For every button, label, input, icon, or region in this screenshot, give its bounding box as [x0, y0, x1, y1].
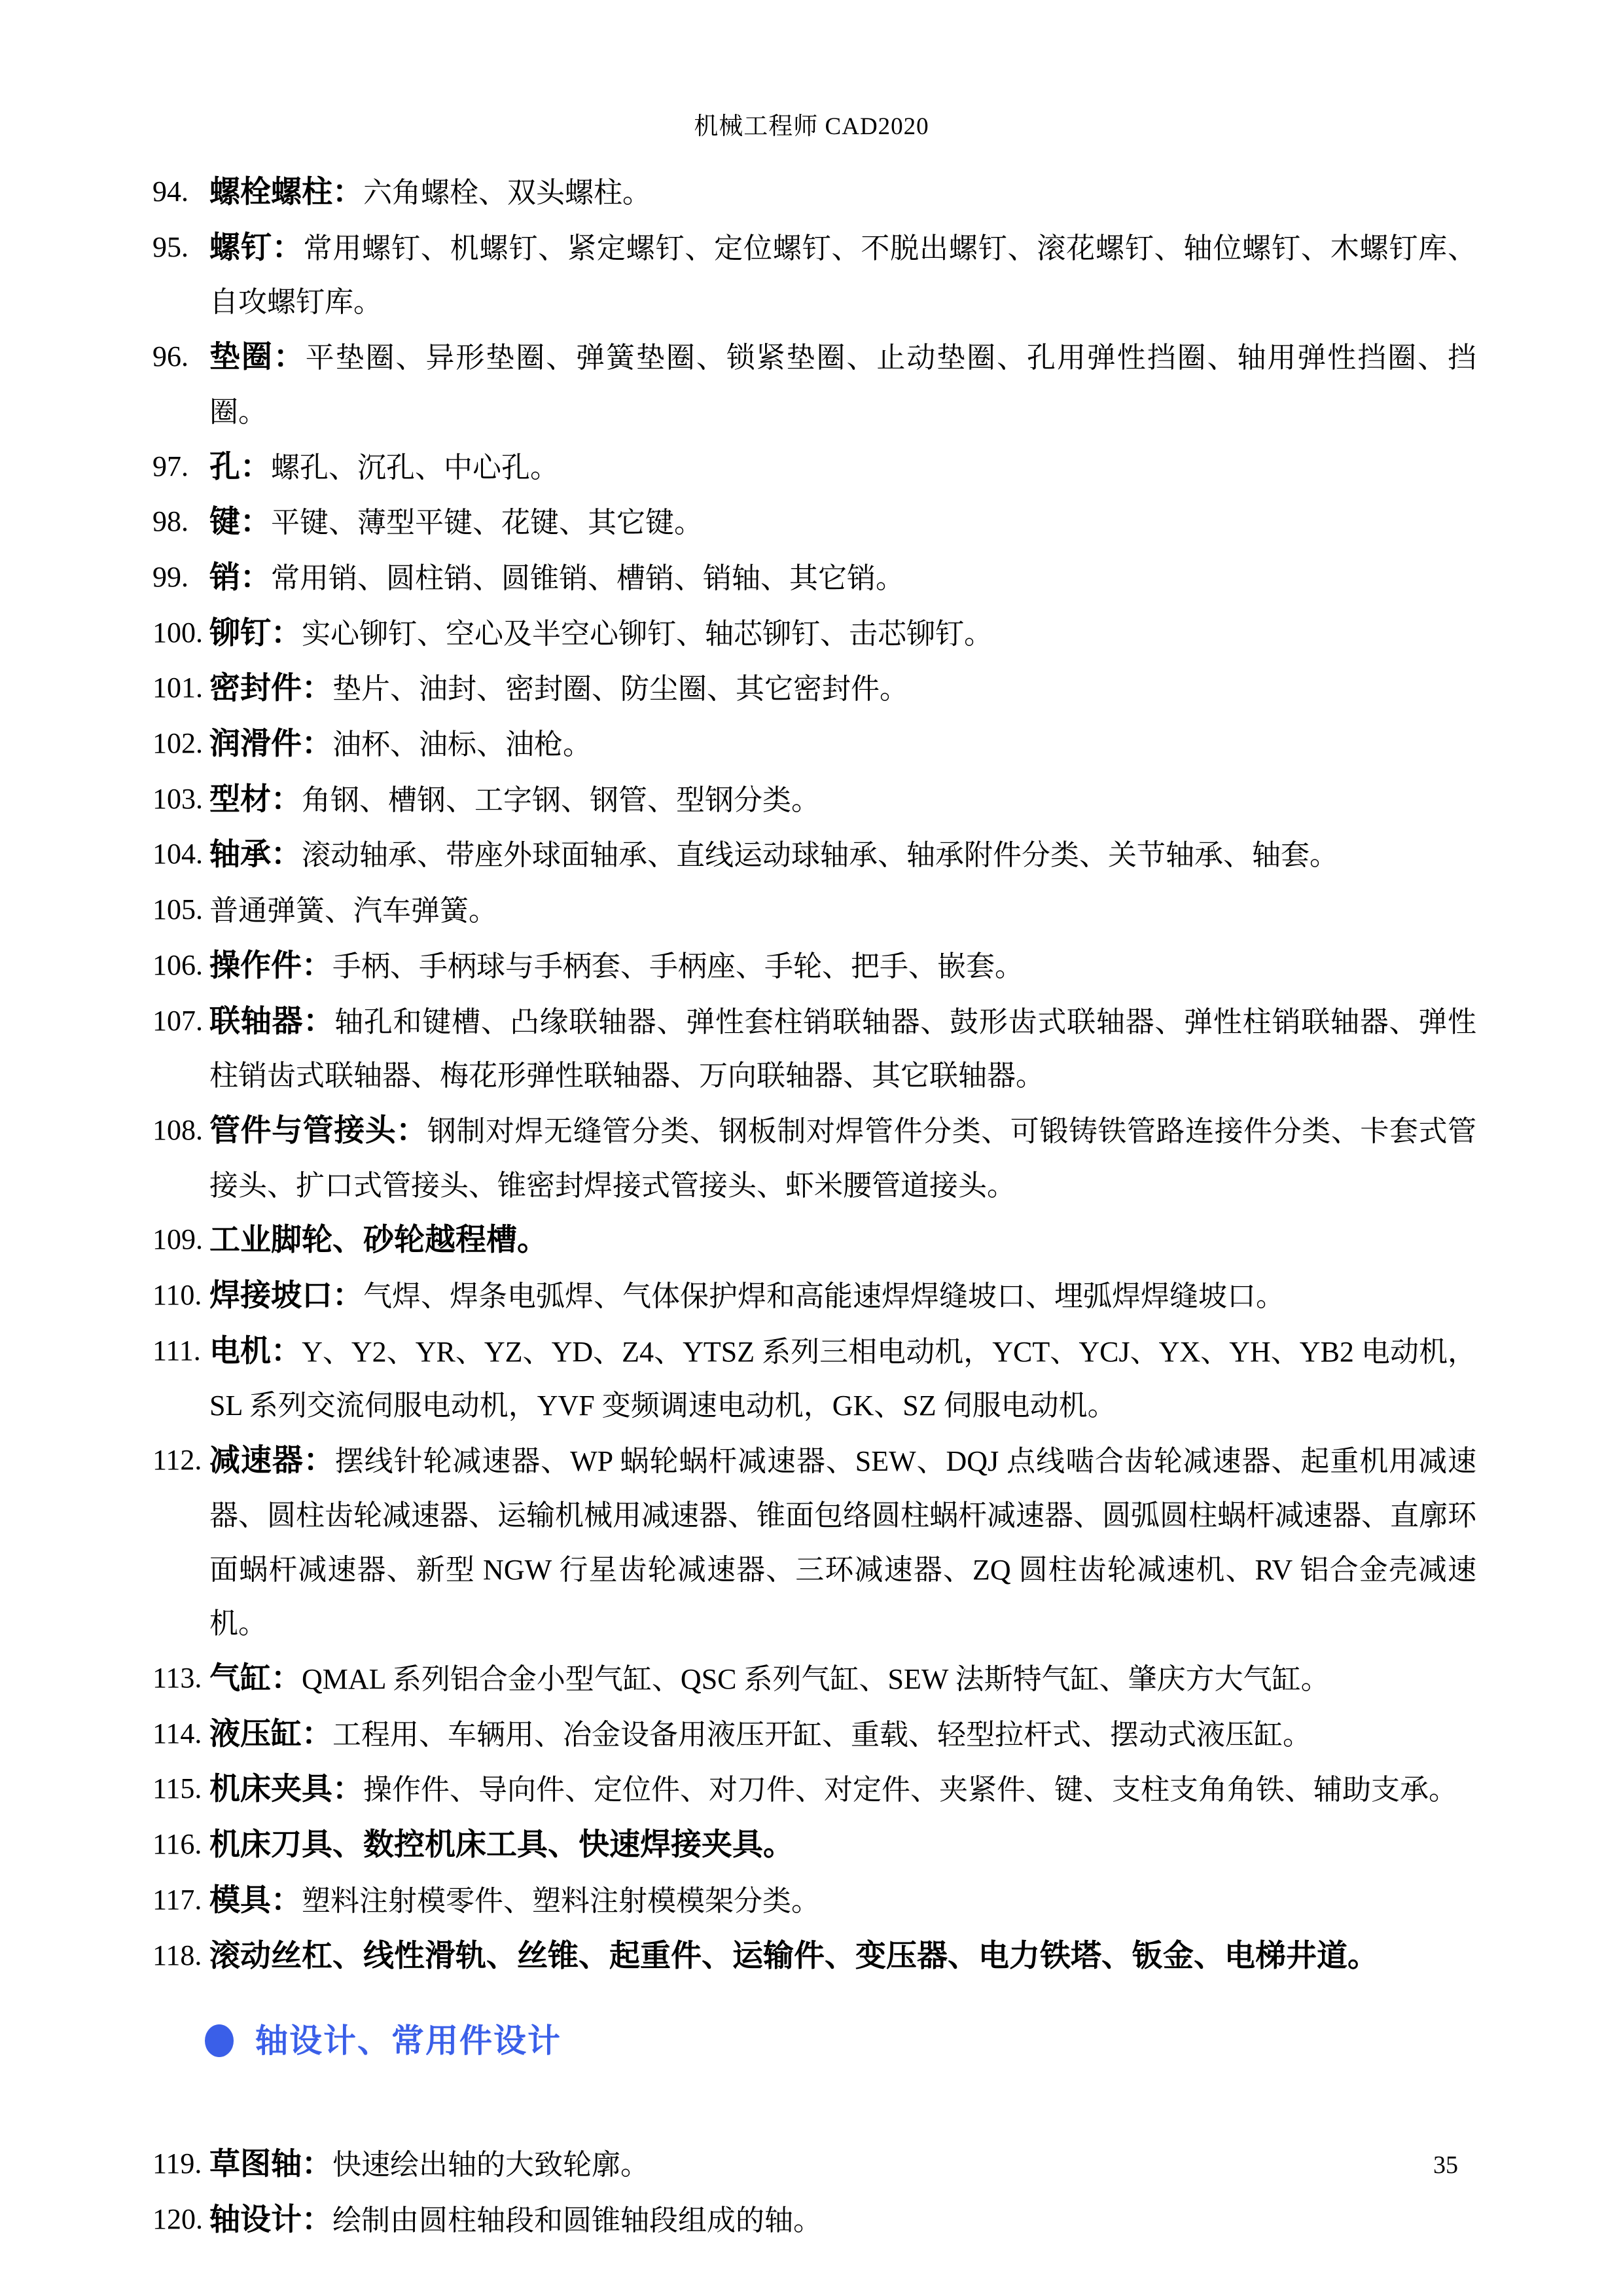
list-item: 95.螺钉：常用螺钉、机螺钉、紧定螺钉、定位螺钉、不脱出螺钉、滚花螺钉、轴位螺钉… [0, 221, 1476, 330]
item-heading: 液压缸： [209, 1716, 332, 1751]
item-number: 106. [152, 939, 203, 993]
item-description: 工程用、车辆用、冶金设备用液压开缸、重载、轻型拉杆式、摆动式液压缸。 [332, 1719, 1311, 1751]
item-number: 111. [152, 1324, 201, 1378]
list-item: 106.操作件：手柄、手柄球与手柄套、手柄座、手轮、把手、嵌套。 [0, 939, 1476, 994]
item-number: 97. [152, 440, 188, 494]
item-description: 平垫圈、异形垫圈、弹簧垫圈、锁紧垫圈、止动垫圈、孔用弹性挡圈、轴用弹性挡圈、挡圈… [209, 342, 1476, 428]
item-description: 摆线针轮减速器、WP 蜗轮蜗杆减速器、SEW、DQJ 点线啮合齿轮减速器、起重机… [209, 1445, 1476, 1640]
item-number: 117. [152, 1873, 202, 1928]
item-description: 滚动轴承、带座外球面轴承、直线运动球轴承、轴承附件分类、关节轴承、轴套。 [302, 839, 1338, 871]
item-description: 六角螺栓、双头螺柱。 [363, 177, 651, 209]
item-description: 快速绘出轴的大致轮廓。 [332, 2149, 649, 2181]
item-description: 气焊、焊条电弧焊、气体保护焊和高能速焊焊缝坡口、埋弧焊焊缝坡口。 [363, 1280, 1285, 1312]
item-number: 109. [152, 1213, 203, 1267]
item-heading: 工业脚轮、砂轮越程槽。 [209, 1222, 548, 1257]
page-title: 机械工程师 CAD2020 [0, 113, 1623, 141]
page-number: 35 [1433, 2151, 1458, 2179]
item-heading: 草图轴： [209, 2146, 332, 2181]
item-description: 实心铆钉、空心及半空心铆钉、轴芯铆钉、击芯铆钉。 [302, 618, 993, 650]
list-item: 104.轴承：滚动轴承、带座外球面轴承、直线运动球轴承、轴承附件分类、关节轴承、… [0, 827, 1476, 883]
item-number: 112. [152, 1433, 202, 1488]
item-number: 110. [152, 1268, 202, 1323]
list-item: 102.润滑件：油杯、油标、油枪。 [0, 717, 1476, 772]
item-heading: 螺钉： [209, 230, 304, 264]
list-item: 94.螺栓螺柱：六角螺栓、双头螺柱。 [0, 165, 1476, 221]
item-number: 114. [152, 1707, 202, 1761]
list-item: 115.机床夹具：操作件、导向件、定位件、对刀件、对定件、夹紧件、键、支柱支角角… [0, 1762, 1476, 1818]
item-number: 115. [152, 1762, 202, 1816]
item-heading: 模具： [209, 1882, 302, 1917]
item-description: 平键、薄型平键、花键、其它键。 [271, 507, 703, 539]
item-number: 108. [152, 1103, 203, 1158]
item-number: 120. [152, 2193, 203, 2247]
item-number: 104. [152, 827, 203, 882]
item-heading: 轴设计： [209, 2202, 332, 2236]
item-heading: 垫圈： [209, 339, 306, 374]
item-heading: 电机： [209, 1333, 302, 1368]
item-number: 118. [152, 1929, 202, 1983]
item-heading: 焊接坡口： [209, 1278, 363, 1312]
item-description: 油杯、油标、油枪。 [332, 728, 592, 761]
item-description: 常用螺钉、机螺钉、紧定螺钉、定位螺钉、不脱出螺钉、滚花螺钉、轴位螺钉、木螺钉库、… [209, 232, 1476, 319]
item-number: 119. [152, 2137, 202, 2191]
list-item: 114.液压缸：工程用、车辆用、冶金设备用液压开缸、重载、轻型拉杆式、摆动式液压… [0, 1707, 1476, 1763]
section-title: 轴设计、常用件设计 [255, 2018, 562, 2064]
item-description: 垫片、油封、密封圈、防尘圈、其它密封件。 [332, 673, 908, 705]
document-page: 机械工程师 CAD2020 94.螺栓螺柱：六角螺栓、双头螺柱。 95.螺钉：常… [0, 0, 1623, 2296]
list-item: 112.减速器：摆线针轮减速器、WP 蜗轮蜗杆减速器、SEW、DQJ 点线啮合齿… [0, 1433, 1476, 1651]
item-description: 塑料注射模零件、塑料注射模模架分类。 [302, 1885, 820, 1917]
item-description: 操作件、导向件、定位件、对刀件、对定件、夹紧件、键、支柱支角角铁、辅助支承。 [363, 1774, 1457, 1806]
item-heading: 气缸： [209, 1660, 302, 1695]
item-heading: 管件与管接头： [209, 1113, 427, 1147]
list-item: 116.机床刀具、数控机床工具、快速焊接夹具。 [0, 1818, 1476, 1873]
item-heading: 孔： [209, 449, 271, 484]
section-heading: 轴设计、常用件设计 [205, 2018, 1476, 2064]
list-section-2: 119.草图轴：快速绘出轴的大致轮廓。 120.轴设计：绘制由圆柱轴段和圆锥轴段… [0, 2137, 1476, 2248]
item-number: 103. [152, 772, 203, 827]
item-number: 105. [152, 883, 203, 937]
list-item: 99.销：常用销、圆柱销、圆锥销、槽销、销轴、其它销。 [0, 550, 1476, 606]
item-description: 绘制由圆柱轴段和圆锥轴段组成的轴。 [332, 2204, 822, 2236]
item-heading: 型材： [209, 781, 302, 816]
item-heading: 联轴器： [209, 1003, 334, 1038]
item-heading: 铆钉： [209, 615, 302, 650]
list-section-1: 94.螺栓螺柱：六角螺栓、双头螺柱。 95.螺钉：常用螺钉、机螺钉、紧定螺钉、定… [0, 165, 1476, 1984]
list-item: 119.草图轴：快速绘出轴的大致轮廓。 [0, 2137, 1476, 2193]
item-heading: 销： [209, 560, 271, 594]
item-heading: 轴承： [209, 836, 302, 871]
item-number: 101. [152, 661, 203, 715]
list-item: 109.工业脚轮、砂轮越程槽。 [0, 1213, 1476, 1268]
item-description: 角钢、槽钢、工字钢、钢管、型钢分类。 [302, 784, 820, 816]
item-heading: 润滑件： [209, 726, 332, 761]
item-heading: 键： [209, 504, 271, 539]
item-number: 107. [152, 994, 203, 1049]
list-item: 110.焊接坡口：气焊、焊条电弧焊、气体保护焊和高能速焊焊缝坡口、埋弧焊焊缝坡口… [0, 1268, 1476, 1324]
list-item: 105.普通弹簧、汽车弹簧。 [0, 883, 1476, 939]
section-bullet-icon [205, 2024, 234, 2057]
list-item: 97.孔：螺孔、沉孔、中心孔。 [0, 440, 1476, 495]
list-item: 101.密封件：垫片、油封、密封圈、防尘圈、其它密封件。 [0, 661, 1476, 717]
list-item: 117.模具：塑料注射模零件、塑料注射模模架分类。 [0, 1873, 1476, 1929]
list-item: 96.垫圈：平垫圈、异形垫圈、弹簧垫圈、锁紧垫圈、止动垫圈、孔用弹性挡圈、轴用弹… [0, 330, 1476, 439]
list-item: 107.联轴器：轴孔和键槽、凸缘联轴器、弹性套柱销联轴器、鼓形齿式联轴器、弹性柱… [0, 994, 1476, 1103]
item-description: 常用销、圆柱销、圆锥销、槽销、销轴、其它销。 [271, 562, 904, 594]
list-item: 111.电机：Y、Y2、YR、YZ、YD、Z4、YTSZ 系列三相电动机，YCT… [0, 1324, 1476, 1433]
item-description: 手柄、手柄球与手柄套、手柄座、手轮、把手、嵌套。 [332, 950, 1024, 982]
list-item: 103.型材：角钢、槽钢、工字钢、钢管、型钢分类。 [0, 772, 1476, 828]
item-heading: 螺栓螺柱： [209, 174, 363, 209]
item-description: QMAL 系列铝合金小型气缸、QSC 系列气缸、SEW 法斯特气缸、肇庆方大气缸… [302, 1663, 1330, 1695]
list-item: 118.滚动丝杠、线性滑轨、丝锥、起重件、运输件、变压器、电力铁塔、钣金、电梯井… [0, 1929, 1476, 1984]
item-number: 96. [152, 330, 188, 384]
item-heading: 操作件： [209, 948, 332, 982]
item-heading: 滚动丝杠、线性滑轨、丝锥、起重件、运输件、变压器、电力铁塔、钣金、电梯井道。 [209, 1938, 1378, 1973]
item-number: 100. [152, 606, 203, 660]
item-heading: 密封件： [209, 670, 332, 705]
item-description: 轴孔和键槽、凸缘联轴器、弹性套柱销联轴器、鼓形齿式联轴器、弹性柱销联轴器、弹性柱… [209, 1006, 1476, 1092]
list-item: 108.管件与管接头：钢制对焊无缝管分类、钢板制对焊管件分类、可锻铸铁管路连接件… [0, 1103, 1476, 1213]
list-item: 100.铆钉：实心铆钉、空心及半空心铆钉、轴芯铆钉、击芯铆钉。 [0, 606, 1476, 662]
item-description: 螺孔、沉孔、中心孔。 [271, 452, 559, 484]
item-heading: 减速器： [209, 1443, 335, 1477]
list-item: 113.气缸：QMAL 系列铝合金小型气缸、QSC 系列气缸、SEW 法斯特气缸… [0, 1651, 1476, 1707]
item-number: 94. [152, 165, 188, 219]
item-number: 116. [152, 1818, 202, 1872]
list-item: 98.键：平键、薄型平键、花键、其它键。 [0, 495, 1476, 550]
item-description: Y、Y2、YR、YZ、YD、Z4、YTSZ 系列三相电动机，YCT、YCJ、YX… [209, 1336, 1476, 1422]
numbered-list: 94.螺栓螺柱：六角螺栓、双头螺柱。 95.螺钉：常用螺钉、机螺钉、紧定螺钉、定… [0, 165, 1476, 2248]
list-item: 120.轴设计：绘制由圆柱轴段和圆锥轴段组成的轴。 [0, 2193, 1476, 2248]
item-heading: 机床刀具、数控机床工具、快速焊接夹具。 [209, 1827, 794, 1861]
item-heading: 机床夹具： [209, 1771, 363, 1806]
item-number: 99. [152, 550, 188, 605]
item-number: 113. [152, 1651, 202, 1706]
item-description: 普通弹簧、汽车弹簧。 [209, 895, 497, 927]
item-number: 95. [152, 221, 188, 275]
item-number: 98. [152, 495, 188, 549]
item-number: 102. [152, 717, 203, 771]
